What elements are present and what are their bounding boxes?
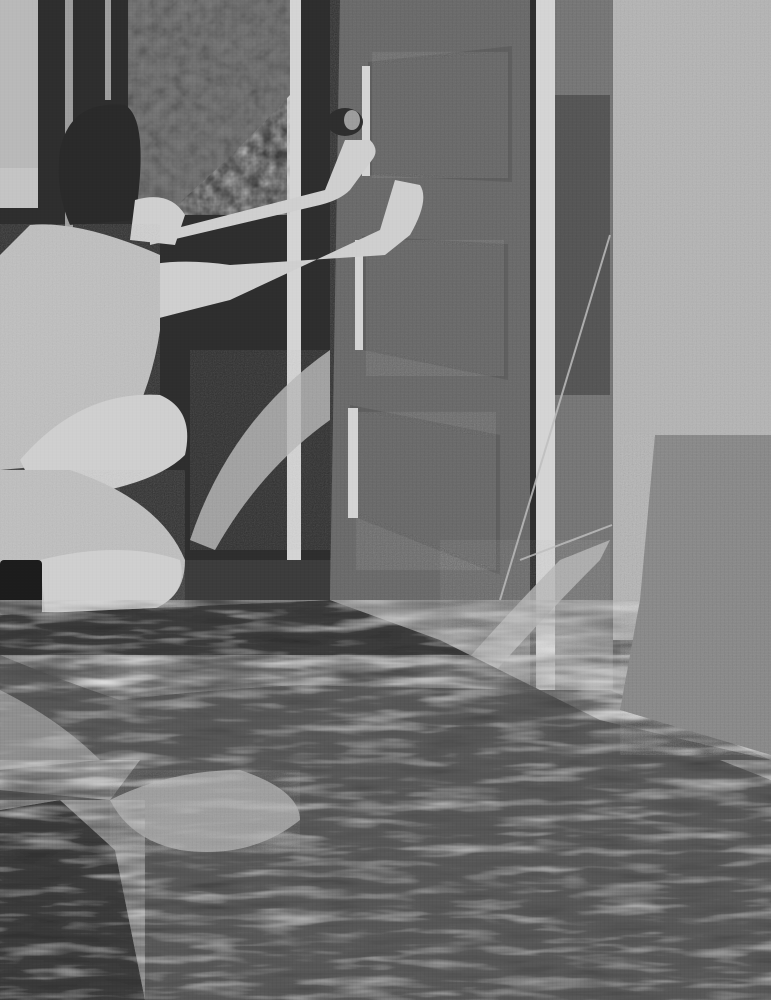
- photo-collage: [0, 0, 771, 1000]
- doorknob-icon: [327, 108, 363, 136]
- paneled-door: [327, 0, 530, 690]
- collage-artwork: [0, 0, 771, 1000]
- boot: [0, 560, 42, 615]
